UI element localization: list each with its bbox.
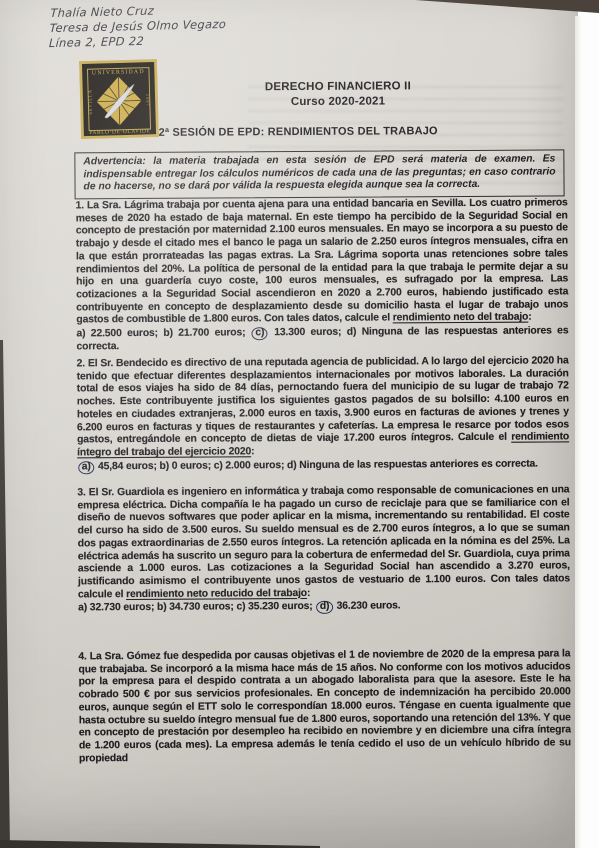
handwritten-student-names: Thalía Nieto Cruz Teresa de Jesús Olmo V… [49,2,228,51]
question-1: 1.La Sra. Lágrima trabaja por cuenta aje… [76,197,569,354]
answers-after: 36.230 euros. [334,601,401,612]
question-number: 2. [77,358,85,369]
answers-before: a) 32.730 euros; b) 34.730 euros; c) 35.… [78,601,315,613]
question-suffix: : [307,588,310,599]
answers-line: a) 45,84 euros; b) 0 euros; c) 2.000 eur… [77,458,569,474]
question-number: 3. [77,487,85,498]
question-suffix: : [251,446,254,457]
question-body: El Sr. Guardiola es ingeniero en informá… [77,484,570,600]
circled-answer-mark: c) [252,327,268,340]
page-content: Thalía Nieto Cruz Teresa de Jesús Olmo V… [0,0,599,848]
question-2: 2.El Sr. Bendecido es directivo de una r… [77,355,570,474]
question-4: 4.La Sra. Gómez fue despedida por causas… [78,648,571,765]
answers-line: a) 32.730 euros; b) 34.730 euros; c) 35.… [78,600,570,616]
question-body: El Sr. Bendecido es directivo de una rep… [77,355,569,445]
question-number: 4. [78,651,86,662]
answers-after: 45,84 euros; b) 0 euros; c) 2.000 euros;… [95,458,538,472]
answers-line: a) 22.500 euros; b) 21.700 euros; c) 13.… [76,325,568,354]
circled-answer-mark: a) [78,461,94,474]
warning-box: Advertencia: la materia trabajada en est… [74,149,564,199]
question-suffix: : [528,312,531,323]
document-photo: Thalía Nieto Cruz Teresa de Jesús Olmo V… [0,0,599,848]
question-body: La Sra. Gómez fue despedida por causas o… [78,648,571,764]
question-number: 1. [76,200,84,211]
question-3: 3.El Sr. Guardiola es ingeniero en infor… [77,484,570,615]
answers-before: a) 22.500 euros; b) 21.700 euros; [76,327,250,339]
handwriting-line: Línea 2, EPD 22 [49,32,226,51]
document-header: DERECHO FINANCIERO II Curso 2020-2021 [148,79,528,111]
course-year: Curso 2020-2021 [148,94,528,111]
seal-text-left: SEVILLA [87,89,93,115]
question-key-phrase: rendimiento neto del trabajo [393,312,529,324]
session-title: 2ª SESIÓN DE EPD: RENDIMIENTOS DEL TRABA… [88,125,508,140]
question-body: La Sra. Lágrima trabaja por cuenta ajena… [76,197,569,325]
circled-answer-mark: d) [316,601,333,614]
question-key-phrase: rendimiento neto reducido del trabajo [126,588,307,600]
